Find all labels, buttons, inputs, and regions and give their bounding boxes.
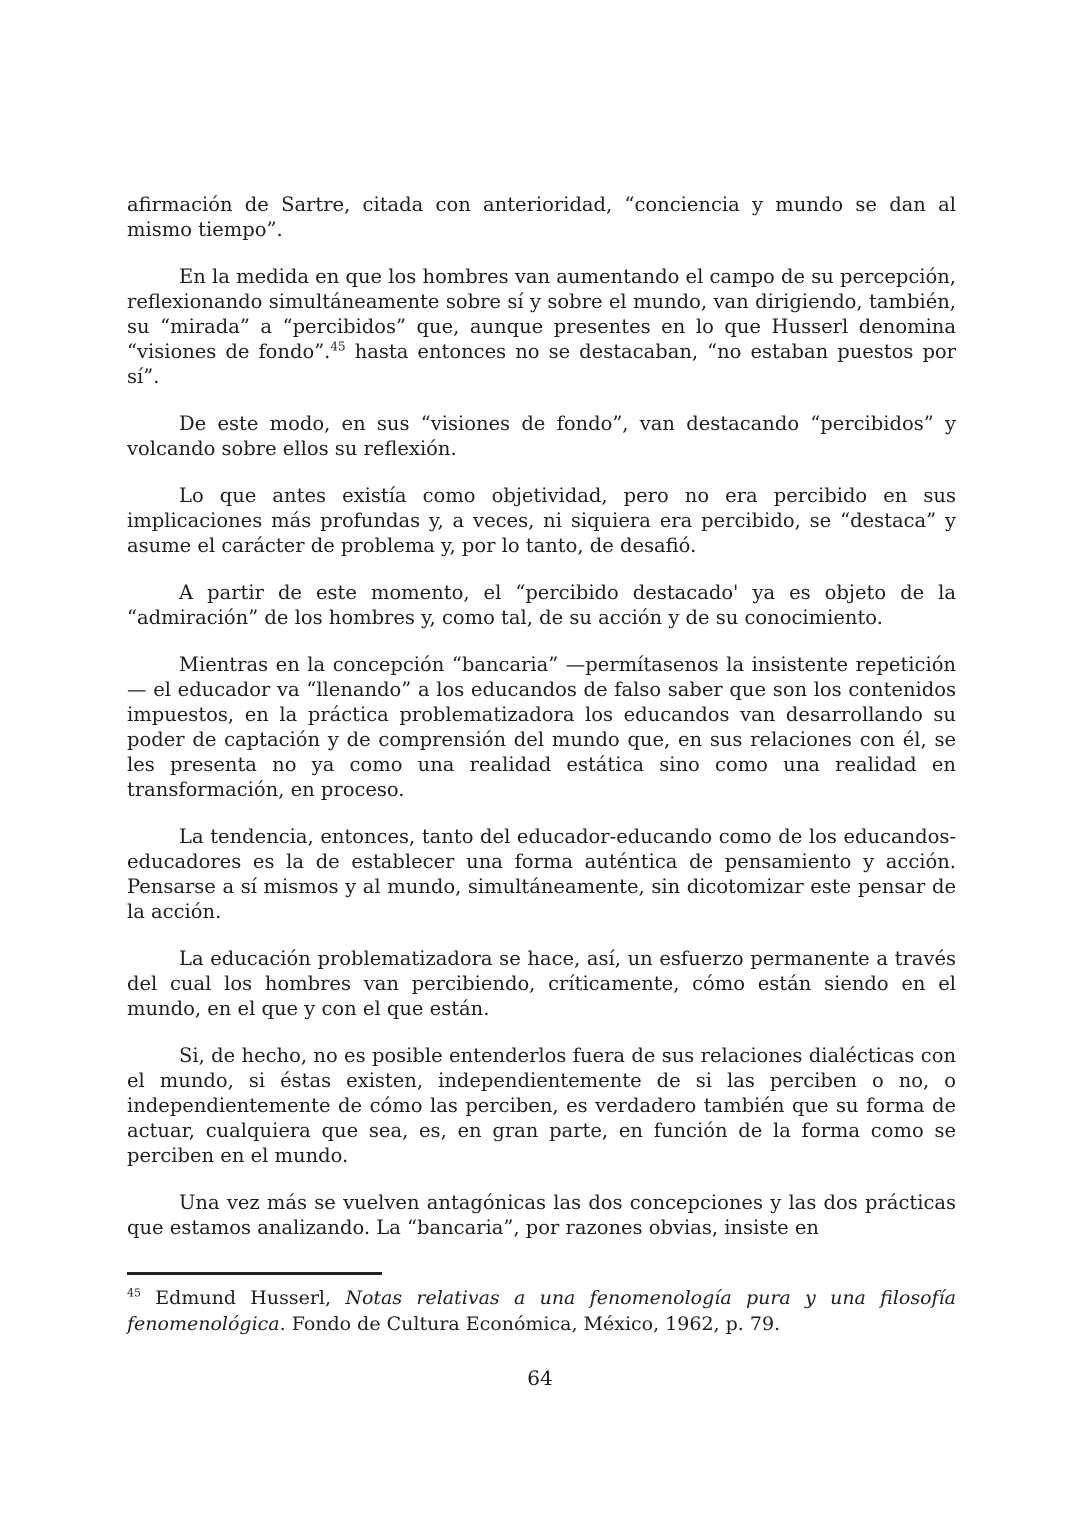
document-page: afirmación de Sartre, citada con anterio… — [0, 0, 1080, 1527]
footnote-reference: 45 — [330, 340, 345, 354]
paragraph: De este modo, en sus “visiones de fondo”… — [127, 411, 956, 461]
text-segment: Una vez más se vuelven antagónicas las d… — [127, 1191, 956, 1239]
paragraph: Lo que antes existía como objetividad, p… — [127, 483, 956, 558]
paragraph: La tendencia, entonces, tanto del educad… — [127, 824, 956, 924]
text-segment: afirmación de Sartre, citada con anterio… — [127, 193, 956, 241]
footnote-marker: 45 — [127, 1287, 141, 1300]
text-segment: Fondo de Cultura Económica, México, 1962… — [286, 1313, 780, 1335]
paragraph: La educación problematizadora se hace, a… — [127, 946, 956, 1021]
text-segment: Si, de hecho, no es posible entenderlos … — [127, 1044, 956, 1167]
text-segment: A partir de este momento, el “percibido … — [127, 581, 956, 629]
paragraph: A partir de este momento, el “percibido … — [127, 580, 956, 630]
text-segment: Lo que antes existía como objetividad, p… — [127, 484, 956, 557]
text-segment: La educación problematizadora se hace, a… — [127, 947, 956, 1020]
paragraph: Si, de hecho, no es posible entenderlos … — [127, 1043, 956, 1168]
footnote: 45 Edmund Husserl, Notas relativas a una… — [127, 1285, 956, 1337]
paragraph: Mientras en la concepción “bancaria” —pe… — [127, 652, 956, 802]
footnote-section: 45 Edmund Husserl, Notas relativas a una… — [127, 1272, 956, 1337]
paragraph: En la medida en que los hombres van aume… — [127, 264, 956, 389]
body-text: afirmación de Sartre, citada con anterio… — [127, 192, 956, 1240]
footnote-separator-rule — [127, 1272, 382, 1275]
text-segment: Mientras en la concepción “bancaria” —pe… — [127, 653, 956, 801]
page-number: 64 — [0, 1366, 1080, 1391]
paragraph: Una vez más se vuelven antagónicas las d… — [127, 1190, 956, 1240]
text-segment: De este modo, en sus “visiones de fondo”… — [127, 412, 956, 460]
text-segment: La tendencia, entonces, tanto del educad… — [127, 825, 956, 923]
paragraph: afirmación de Sartre, citada con anterio… — [127, 192, 956, 242]
text-segment: Edmund Husserl, — [141, 1287, 345, 1309]
